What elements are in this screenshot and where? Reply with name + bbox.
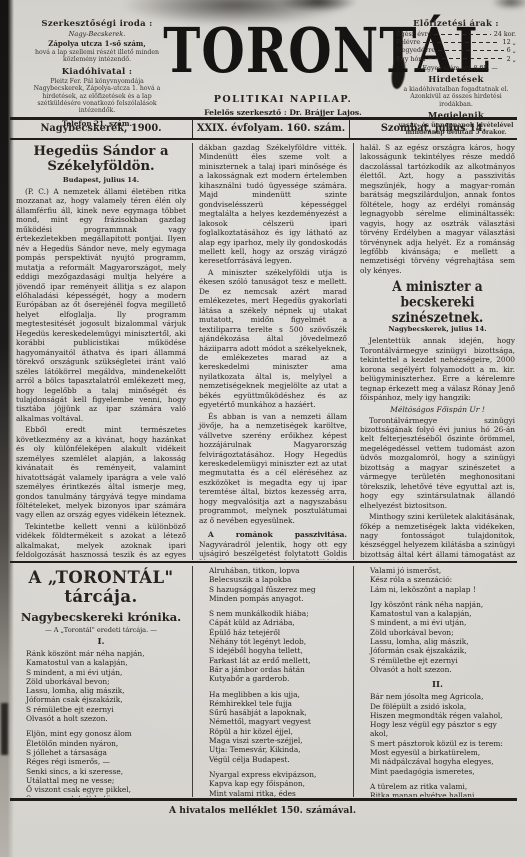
column-1: Hegedüs Sándor a Székelyföldön. Budapest… bbox=[16, 143, 192, 560]
feuilleton-column-2: Alruhában, titkon, lopva Belecsuszik a l… bbox=[192, 566, 353, 797]
price-value: 6 „ bbox=[507, 46, 516, 54]
feuilleton-section: A „TORONTÁL" tárcája. Nagybecskereki kró… bbox=[16, 566, 515, 797]
poem-stanza: Nyargal express ekvipázson, Kapva kap eg… bbox=[209, 770, 347, 797]
poem-stanza: Eljön, mint egy gonosz álom Életölőn min… bbox=[26, 729, 186, 797]
footer-rule bbox=[10, 798, 517, 801]
office-street: Zápolya utcza 1-ső szám, bbox=[24, 39, 170, 48]
article2-title: A miniszter a becskereki szinészetnek. bbox=[360, 279, 515, 326]
article1-title: Hegedüs Sándor a Székelyföldön. bbox=[16, 144, 186, 174]
editorial-office-block: Szerkesztőségi iroda : Nagy-Becskerek. Z… bbox=[24, 16, 170, 128]
scan-speck bbox=[1, 703, 8, 755]
masthead-block: TORONTÁL POLITIKAI NAPILAP. Felelős szer… bbox=[170, 16, 396, 117]
price-dashes bbox=[423, 42, 499, 43]
price-row: Negyedévre 6 „ bbox=[396, 46, 516, 54]
feuilleton-part-1: I. bbox=[16, 637, 186, 647]
poem-stanza: Bár nem jósolta meg Agricola, De fölépül… bbox=[370, 692, 515, 776]
price-label: Egész évre bbox=[396, 30, 431, 38]
price-label: Egy hóra bbox=[396, 55, 425, 63]
date-row: Nagybecskerek, 1900. XXIX. évfolyam. 160… bbox=[10, 119, 517, 138]
column-3: halál. S az egész országra káros, hogy l… bbox=[353, 143, 515, 560]
issue-number: XXIX. évfolyam. 160. szám. bbox=[192, 119, 350, 138]
prices-title: Előfizetési árak : bbox=[396, 19, 516, 29]
price-label: Negyedévre bbox=[396, 46, 435, 54]
single-issue-price: — Egyes szám ára 8 fill. — bbox=[396, 65, 516, 72]
article1-paragraph: dákban gazdag Székelyföldre vitték. Mind… bbox=[199, 143, 347, 266]
office-place: Nagy-Becskerek. bbox=[24, 30, 170, 38]
news-item-continuation: halál. S az egész országra káros, hogy l… bbox=[360, 143, 515, 275]
poem-stanza: Valami jó ismerőst, Kész róla a szenzáci… bbox=[370, 566, 515, 594]
article1-dateline: Budapest, julius 14. bbox=[16, 176, 186, 184]
office-title: Szerkesztőségi iroda : bbox=[24, 19, 170, 29]
feuilleton-title: A „TORONTÁL" tárcája. bbox=[16, 568, 186, 606]
office-note: hová a lap szellemi részét illető minden… bbox=[24, 49, 170, 64]
publication-place: Nagybecskerek, 1900. bbox=[10, 123, 192, 134]
letter-salutation: Méltóságos Főispán Ur ! bbox=[360, 405, 515, 414]
article2-intro: Jelentettük annak idején, hogy Torontálv… bbox=[360, 336, 515, 402]
feuilleton-divider-rule bbox=[10, 561, 517, 563]
column-2: dákban gazdag Székelyföldre vitték. Mind… bbox=[192, 143, 353, 560]
price-label: Félévre bbox=[396, 38, 420, 46]
supplement-note: A hivatalos melléklet 150. számával. bbox=[0, 805, 525, 816]
price-dashes bbox=[434, 34, 490, 35]
ads-title: Hirdetések bbox=[396, 75, 516, 85]
price-value: 24 kor. bbox=[494, 30, 516, 38]
poem-stanza: Alruhában, titkon, lopva Belecsuszik a l… bbox=[209, 566, 347, 603]
price-row: Félévre 12 „ bbox=[396, 38, 516, 46]
letter-paragraph: Torontálvármegye szinügyi bizottságának … bbox=[360, 416, 515, 511]
price-value: 2 „ bbox=[507, 55, 516, 63]
publisher-title: Kiadóhivatal : bbox=[24, 67, 170, 77]
news-item-lead: A románok passzivitása. bbox=[208, 530, 347, 539]
article1-paragraph: (P. C.) A nemzetek állami életében ritka… bbox=[16, 187, 186, 423]
price-row: Egy hóra 2 „ bbox=[396, 55, 516, 63]
article1-paragraph: Tekintetbe kellett venni a különböző vid… bbox=[16, 522, 186, 560]
poem-stanza: Igy köszönt ránk néha napján, Kamatostul… bbox=[370, 600, 515, 674]
article1-paragraph: És abban is van a nemzeti állam jövője, … bbox=[199, 412, 347, 525]
ads-text: a kiadóhivatalban fogadtatnak el. Azonki… bbox=[396, 86, 516, 108]
poem-stanza: Ránk köszönt már néha napján, Kamatostul… bbox=[26, 649, 186, 723]
scan-smudge bbox=[491, 0, 525, 10]
price-value: 12 „ bbox=[503, 38, 516, 46]
poem-stanza: Ha meglibben a kis ujja, Rémhirekkel tel… bbox=[209, 690, 347, 764]
article1-paragraph: A miniszter székelyföldi utja is ékesen … bbox=[199, 268, 347, 410]
feuilleton-heading: Nagybecskereki krónika. bbox=[16, 610, 186, 624]
feuilleton-part-2: II. bbox=[360, 680, 515, 690]
price-dashes bbox=[428, 58, 503, 59]
poem-stanza: S nem munkálkodik hiába; Cápát küld az A… bbox=[209, 609, 347, 683]
masthead-title: TORONTÁL bbox=[163, 10, 403, 94]
price-dashes bbox=[438, 50, 503, 51]
poem-stanza: A türelem az ritka valami, Ritka manap e… bbox=[370, 782, 515, 797]
newspaper-front-page: Szerkesztőségi iroda : Nagy-Becskerek. Z… bbox=[0, 0, 525, 857]
article1-paragraph: Ebből eredt mint természetes következmén… bbox=[16, 425, 186, 520]
price-row: Egész évre 24 kor. bbox=[396, 30, 516, 38]
header-rule-bottom bbox=[10, 138, 517, 140]
article2-dateline: Nagybecskerek, julius 14. bbox=[360, 325, 515, 333]
publisher-text: Pleitz Fer. Pál könyvnyomdája Nagybecske… bbox=[24, 78, 170, 115]
masthead-subtitle: POLITIKAI NAPILAP. bbox=[170, 94, 396, 105]
news-item-text: Nagyváradról jelentik, hogy ott egy ujsá… bbox=[199, 540, 347, 560]
issue-date: Szombat, julius 14. bbox=[350, 123, 517, 134]
main-articles-section: Hegedüs Sándor a Székelyföldön. Budapest… bbox=[16, 143, 515, 560]
feuilleton-subheading: — A „Torontál" eredeti tárcája. — bbox=[16, 626, 186, 634]
letter-paragraph: Minthogy szini kerületek alakitásának, f… bbox=[360, 512, 515, 560]
editor-line: Felelős szerkesztő : Dr. Brájjer Lajos. bbox=[170, 108, 396, 117]
news-item-romanians: A románok passzivitása. Nagyváradról jel… bbox=[199, 530, 347, 560]
feuilleton-column-3: Valami jó ismerőst, Kész róla a szenzáci… bbox=[353, 566, 515, 797]
feuilleton-column-1: A „TORONTÁL" tárcája. Nagybecskereki kró… bbox=[16, 566, 192, 797]
